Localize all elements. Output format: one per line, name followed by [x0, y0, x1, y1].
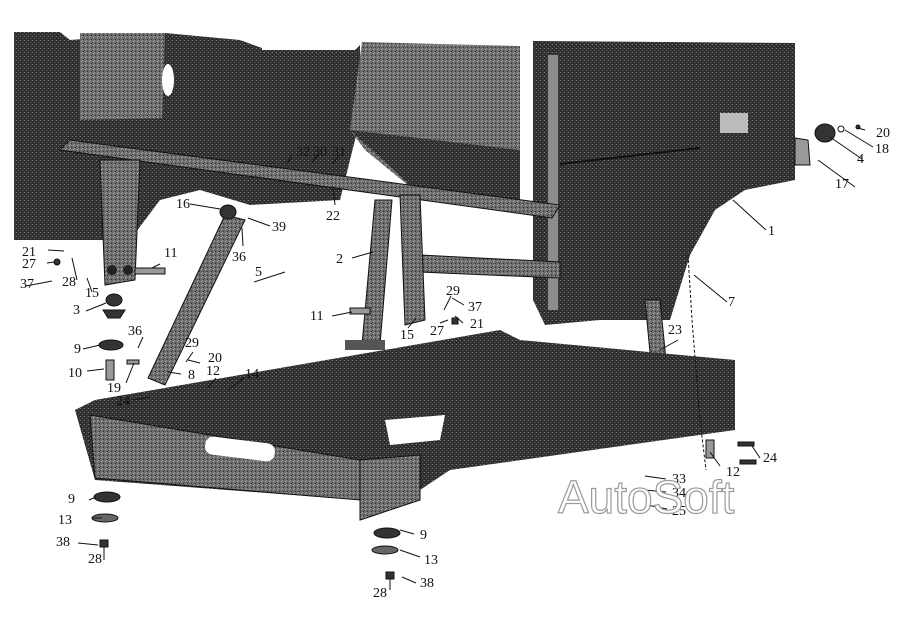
callout-37: 37 — [20, 277, 34, 292]
watermark: AutoSoft — [558, 471, 735, 523]
callout-17: 17 — [835, 177, 849, 192]
callout-36: 36 — [232, 250, 246, 265]
callout-9: 9 — [68, 492, 75, 507]
callout-28: 28 — [373, 586, 387, 601]
callout-14: 14 — [245, 367, 259, 382]
callout-27: 27 — [22, 257, 36, 272]
callout-28: 28 — [62, 275, 76, 290]
support-strut — [148, 215, 245, 385]
callout-20: 20 — [876, 126, 890, 141]
callout-12: 12 — [206, 364, 220, 379]
callout-7: 7 — [728, 295, 735, 310]
bracket-left — [100, 160, 140, 285]
callout-18: 18 — [875, 142, 889, 157]
callout-13: 13 — [424, 553, 438, 568]
callout-13: 13 — [58, 513, 72, 528]
callout-36: 36 — [128, 324, 142, 339]
callout-24: 24 — [116, 394, 130, 409]
callout-38: 38 — [56, 535, 70, 550]
callout-9: 9 — [74, 342, 81, 357]
callout-39: 39 — [272, 220, 286, 235]
callout-9: 9 — [420, 528, 427, 543]
bracket-right — [345, 195, 425, 350]
callout-16: 16 — [176, 197, 190, 212]
callout-10: 10 — [68, 366, 82, 381]
callout-15: 15 — [400, 328, 414, 343]
callout-5: 5 — [255, 265, 262, 280]
callout-38: 38 — [420, 576, 434, 591]
callout-8: 8 — [188, 368, 195, 383]
callout-15: 15 — [85, 286, 99, 301]
cab-rear-panel — [533, 41, 795, 325]
callout-11: 11 — [164, 246, 177, 261]
callout-32: 32 — [296, 145, 310, 160]
callout-29: 29 — [446, 284, 460, 299]
callout-1: 1 — [768, 224, 775, 239]
callout-37: 37 — [468, 300, 482, 315]
callout-27: 27 — [430, 324, 444, 339]
callout-3: 3 — [73, 303, 80, 318]
callout-24: 24 — [763, 451, 777, 466]
callout-23: 23 — [668, 323, 682, 338]
callout-4: 4 — [857, 152, 864, 167]
cab-panel-center — [350, 42, 520, 200]
exploded-parts-diagram: 1 2 3 4 5 7 8 9 9 9 10 11 11 12 12 13 13… — [0, 0, 900, 623]
callout-31: 31 — [332, 145, 346, 160]
callout-11: 11 — [310, 309, 323, 324]
callout-29: 29 — [185, 336, 199, 351]
callout-20: 20 — [208, 351, 222, 366]
callout-22: 22 — [326, 209, 340, 224]
callout-30: 30 — [313, 145, 327, 160]
callout-21: 21 — [470, 317, 484, 332]
callout-2: 2 — [336, 252, 343, 267]
callout-28: 28 — [88, 552, 102, 567]
